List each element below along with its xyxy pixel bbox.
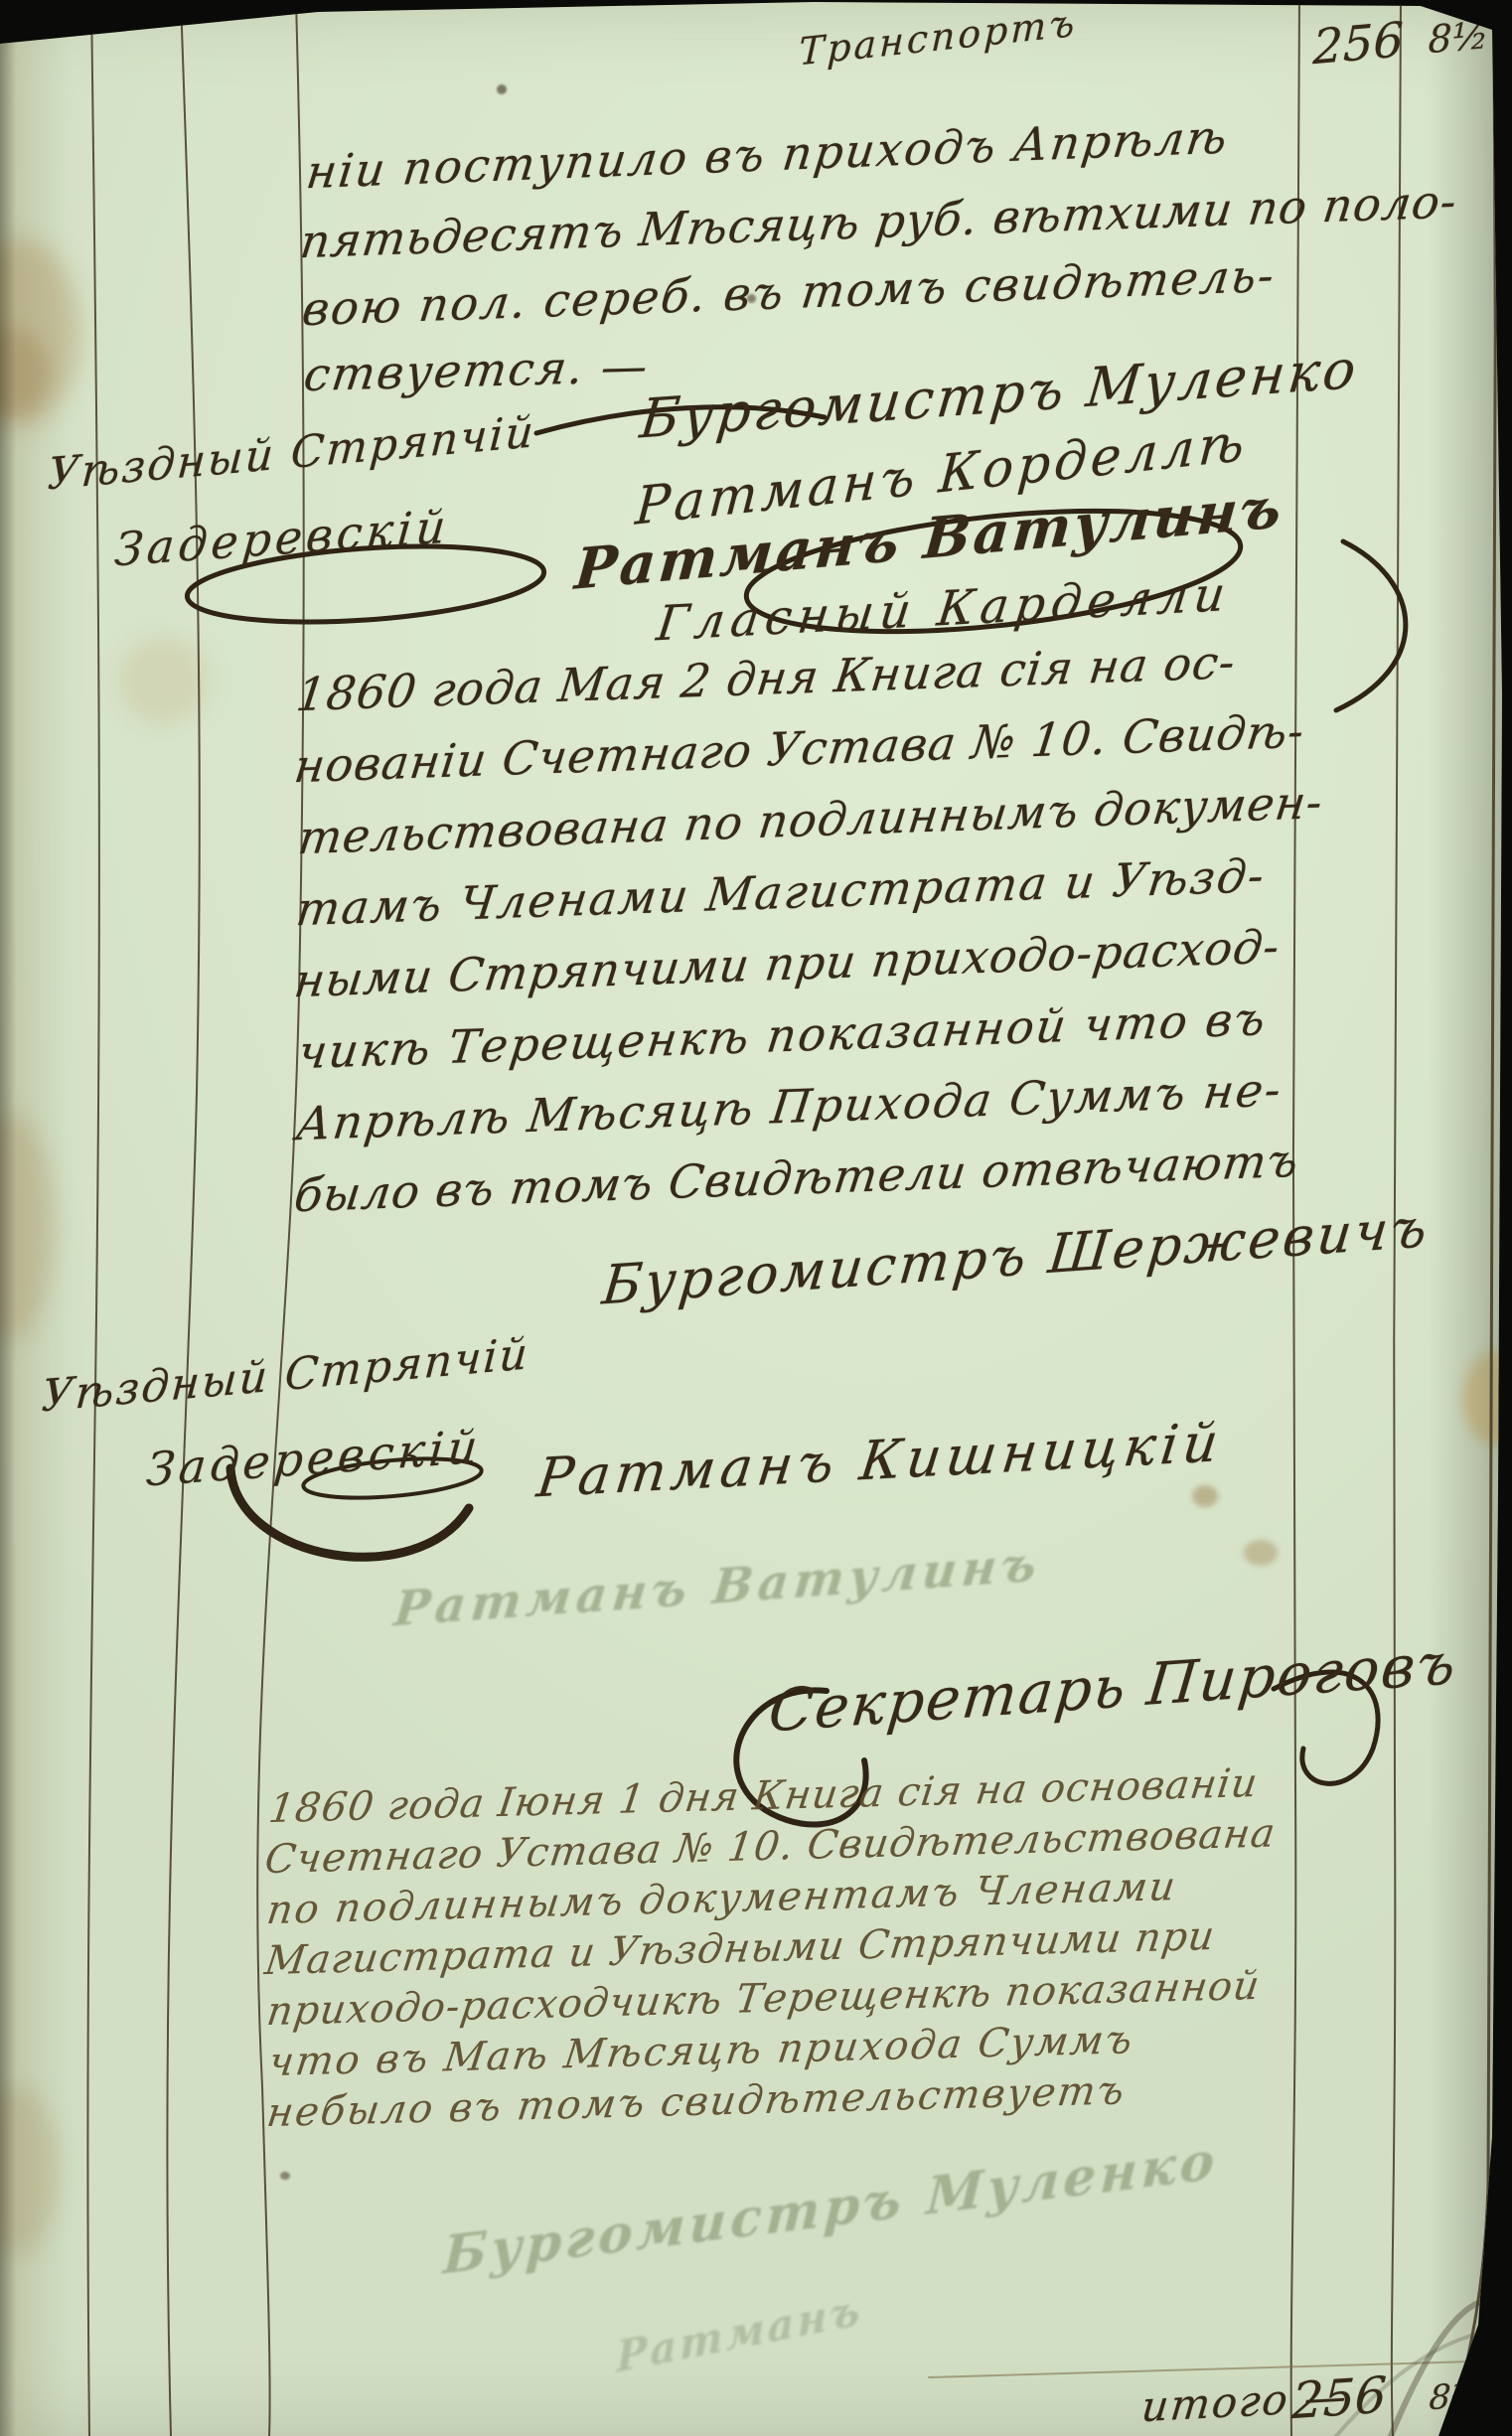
pencil-line xyxy=(929,2360,1508,2377)
stain xyxy=(0,2086,60,2255)
stain xyxy=(0,1113,55,1341)
may-verification-line: нованіи Счетнаго Устава № 10. Свидѣ- xyxy=(291,704,1307,794)
april-entry-line: ствуется. — xyxy=(301,339,653,401)
sheet-number: 8½ xyxy=(1428,13,1489,63)
bleedthrough-burgomaster: Бургомистръ Муленко xyxy=(442,2130,1220,2287)
bleedthrough-ratman: Ратманъ xyxy=(616,2285,863,2382)
may-verification-line: было въ томъ Свидѣтели отвѣчаютъ xyxy=(291,1134,1301,1223)
county-attorney-title-2: Уѣздный Стряпчій xyxy=(40,1328,530,1422)
stain xyxy=(0,238,79,427)
county-attorney-name-1: Задеревскій xyxy=(112,499,451,576)
ratman-signature-kishnitsky: Ратманъ Кишницкій xyxy=(533,1411,1226,1510)
ink-speck xyxy=(497,84,507,94)
margin-rule-left-1 xyxy=(87,0,99,2436)
burgomaster-signature-1: Бургомистръ Муленко xyxy=(637,337,1361,450)
page-number: 256 xyxy=(1312,12,1404,76)
april-entry-line: ніи поступило въ приходъ Апрѣлѣ xyxy=(304,109,1232,199)
stain xyxy=(1462,1351,1512,1446)
carryover-label: Транспортъ xyxy=(798,1,1078,75)
county-attorney-name-2: Задеревскій xyxy=(144,1419,483,1496)
total-value: 256 xyxy=(1290,2365,1388,2430)
stain xyxy=(1192,1485,1218,1507)
manuscript-photo: Транспортъ 256 8½ ніи поступило въ прихо… xyxy=(0,0,1512,2436)
bleedthrough-ratman-vatulin: Ратманъ Ватулинъ xyxy=(391,1536,1044,1637)
may-verification-line: тамъ Членами Магистрата и Уѣзд- xyxy=(293,848,1269,936)
gutter-shadow xyxy=(0,0,16,2436)
right-edge-shadow xyxy=(1429,0,1512,2436)
stain xyxy=(119,636,209,725)
paper-edge-line xyxy=(1450,30,1496,2436)
stain xyxy=(1244,1540,1278,1566)
may-verification-line: чикѣ Терещенкѣ показанной что въ xyxy=(295,991,1270,1079)
signature-flourish-curve-right xyxy=(1336,541,1406,710)
may-verification-line: ными Стряпчими при приходо-расход- xyxy=(291,919,1283,1007)
may-verification-line: 1860 года Мая 2 дня Книга сія на ос- xyxy=(293,635,1239,721)
manuscript-page: Транспортъ 256 8½ ніи поступило въ прихо… xyxy=(0,0,1512,2436)
county-attorney-title-1: Уѣздный Стряпчій xyxy=(46,406,536,500)
total-sheet-fraction: 8¼ xyxy=(1428,2375,1484,2418)
may-verification-line: Апрѣлѣ Мѣсяцѣ Прихода Суммъ не- xyxy=(293,1062,1285,1150)
ink-speck xyxy=(280,2172,290,2180)
secretary-signature: Секретарь Пироговъ xyxy=(766,1629,1461,1746)
stain xyxy=(0,328,50,417)
burgomaster-signature-2: Бургомистръ Шержевичъ xyxy=(599,1196,1433,1317)
margin-rule-left-2 xyxy=(167,0,200,2436)
